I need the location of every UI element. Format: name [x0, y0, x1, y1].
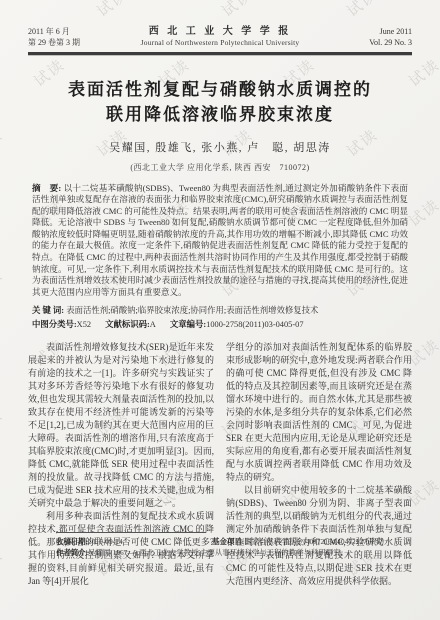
body-paragraph: 表面活性剂增效修复技术(SER)是近年来发展起来的并被认为是对污染地下水进行修复… [28, 341, 214, 510]
clc-label: 中图分类号: [32, 320, 77, 329]
journal-page: 2011 年 6 月 第 29 卷第 3 期 西 北 工 业 大 学 学 报 J… [0, 0, 440, 620]
author-bio-label: 作者简介: [56, 548, 88, 557]
keywords-text: 表面活性剂;硝酸钠;临界胶束浓度;协同作用;表面活性剂增效修复技术 [66, 306, 318, 315]
issue-month-cn: 2011 年 6 月 [28, 26, 108, 37]
issue-volume-en: Vol. 29 No. 3 [332, 37, 412, 48]
issue-date-cn: 2011 年 6 月 第 29 卷第 3 期 [28, 26, 108, 48]
clc-number: 中图分类号:X52 [32, 319, 91, 330]
funding-value: 国家自然科学基金(40872164,40472127)资助 [244, 537, 384, 546]
clc-value: X52 [77, 320, 91, 329]
header-divider [28, 52, 412, 55]
article-id: 文章编号:1000-2758(2011)03-0405-07 [170, 319, 304, 330]
watermark-text: 试读 [217, 0, 257, 21]
funding-project: 基金项目:国家自然科学基金(40872164,40472127)资助 [212, 536, 384, 547]
keywords: 关 键 词: 表面活性剂;硝酸钠;临界胶束浓度;协同作用;表面活性剂增效修复技术 [28, 305, 412, 316]
journal-name-en: Journal of Northwestern Polytechnical Un… [108, 37, 332, 48]
author-bio: 作者简介:吴耀国(1967—),西北工业大学教授,主要从事环境科学与工程的教学与… [56, 547, 384, 558]
article-id-label: 文章编号: [170, 320, 206, 329]
paper-title-line1: 表面活性剂复配与硝酸钠水质调控的 [28, 77, 412, 103]
issue-month-en: June 2011 [332, 26, 412, 37]
affiliation: (西北工业大学 应用化学系, 陕西 西安 710072) [28, 162, 412, 173]
watermark-text: 试读 [92, 0, 132, 21]
watermark-text: 试读 [0, 124, 7, 161]
journal-name: 西 北 工 业 大 学 学 报 Journal of Northwestern … [108, 26, 332, 48]
classification-line: 中图分类号:X52 文献标识码:A 文章编号:1000-2758(2011)03… [28, 319, 412, 330]
received-value: 2010-09-14 [88, 537, 123, 546]
received-label: 收稿日期: [56, 537, 88, 546]
document-code: 文献标识码:A [105, 319, 156, 330]
keywords-label: 关 键 词: [32, 306, 64, 315]
article-id-value: 1000-2758(2011)03-0405-07 [206, 320, 303, 329]
footnote-divider [56, 532, 206, 533]
abstract-text: 以十二烷基苯磺酸钠(SDBS)、Tween80 为典型表面活性剂,通过测定外加硝… [32, 183, 408, 297]
issue-date-en: June 2011 Vol. 29 No. 3 [332, 26, 412, 48]
watermark-text: 试读 [342, 0, 382, 21]
paper-title: 表面活性剂复配与硝酸钠水质调控的 联用降低溶液临界胶束浓度 [28, 77, 412, 128]
issue-volume-cn: 第 29 卷第 3 期 [28, 37, 108, 48]
watermark-text: 试读 [0, 264, 7, 301]
doc-code-value: A [150, 320, 156, 329]
footnote-line1: 收稿日期:2010-09-14 基金项目:国家自然科学基金(40872164,4… [56, 536, 384, 547]
journal-name-cn: 西 北 工 业 大 学 学 报 [108, 26, 332, 37]
body-paragraph: 学组分的添加对表面活性剂复配体系的临界胶束形成影响的研究中,意外地发现:两者联合… [226, 341, 412, 484]
watermark-text: 试读 [0, 544, 7, 581]
footnote: 收稿日期:2010-09-14 基金项目:国家自然科学基金(40872164,4… [56, 532, 384, 558]
received-date: 收稿日期:2010-09-14 [56, 536, 123, 547]
funding-label: 基金项目: [212, 537, 244, 546]
paper-title-line2: 联用降低溶液临界胶束浓度 [28, 102, 412, 128]
watermark-text: 试读 [0, 404, 7, 441]
authors: 吴耀国, 殷雄飞, 张小燕, 卢 聪, 胡思涛 [28, 139, 412, 155]
doc-code-label: 文献标识码: [105, 320, 150, 329]
abstract-label: 摘 要: [32, 183, 61, 193]
watermark-text: 试读 [0, 0, 7, 21]
journal-header: 2011 年 6 月 第 29 卷第 3 期 西 北 工 业 大 学 学 报 J… [28, 26, 412, 48]
author-bio-value: 吴耀国(1967—),西北工业大学教授,主要从事环境科学与工程的教学与科研研究。 [88, 548, 348, 557]
abstract: 摘 要: 以十二烷基苯磺酸钠(SDBS)、Tween80 为典型表面活性剂,通过… [28, 183, 412, 299]
